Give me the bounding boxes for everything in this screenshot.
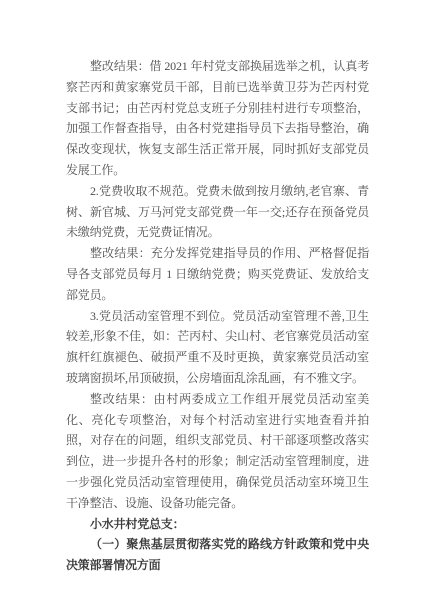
- paragraph-issue-3-activity-room: 3.党员活动室管理不到位。党员活动室管理不善,卫生较差,形象不佳，如：芒丙村、尖…: [66, 306, 369, 389]
- paragraph-issue-2-party-dues: 2.党费收取不规范。党费未做到按月缴纳,老官寨、青树、新官城、万马河党支部党费一…: [66, 181, 369, 243]
- paragraph-rectification-result-2: 整改结果：充分发挥党建指导员的作用、严格督促指导各支部党员每月 1 日缴纳党费；…: [66, 243, 369, 305]
- document-page: 整改结果：借 2021 年村党支部换届选举之机，认真考察芒丙和黄家寨党员干部，目…: [0, 0, 424, 600]
- document-text-block: 整改结果：借 2021 年村党支部换届选举之机，认真考察芒丙和黄家寨党员干部，目…: [66, 56, 369, 576]
- section-heading-village-branch: 小水井村党总支：: [66, 514, 369, 535]
- paragraph-rectification-result-1: 整改结果：借 2021 年村党支部换届选举之机，认真考察芒丙和黄家寨党员干部，目…: [66, 56, 369, 181]
- section-heading-item-one: （一）聚焦基层贯彻落实党的路线方针政策和党中央决策部署情况方面: [66, 534, 369, 576]
- paragraph-rectification-result-3: 整改结果：由村两委成立工作组开展党员活动室美化、亮化专项整治，对每个村活动室进行…: [66, 389, 369, 514]
